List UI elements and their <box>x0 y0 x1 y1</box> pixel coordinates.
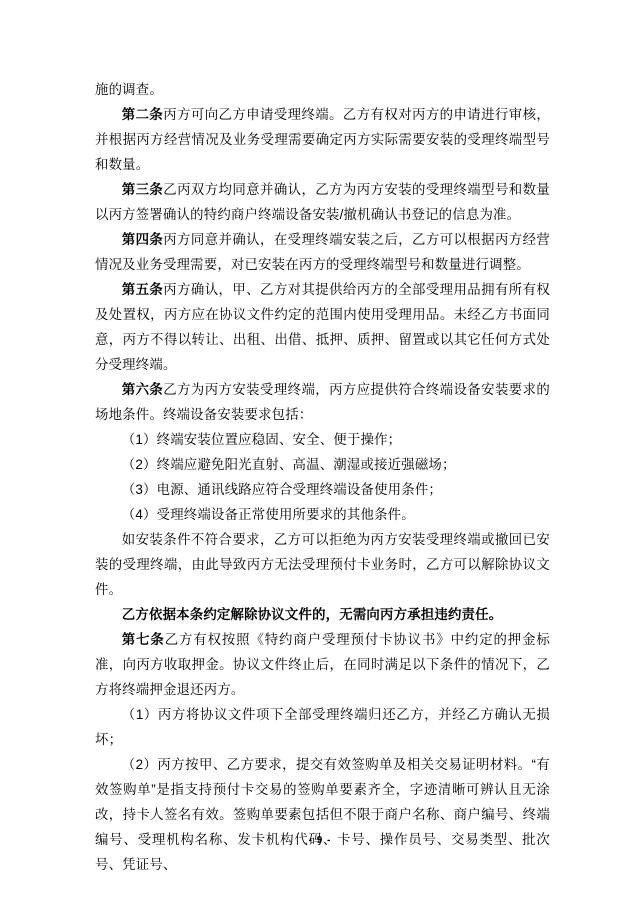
para-article-7: 第七条乙方有权按照《特约商户受理预付卡协议书》中约定的押金标准，向丙方收取押金。… <box>95 627 550 702</box>
para-text: 丙方可向乙方申请受理终端。乙方有权对丙方的申请进行审核，并根据丙方经营情况及业务… <box>95 107 550 172</box>
article-number: 第四条 <box>122 232 163 247</box>
para-continuation: 施的调查。 <box>95 77 550 102</box>
para-article-6: 第六条乙方为丙方安装受理终端，丙方应提供符合终端设备安装要求的场地条件。终端设备… <box>95 377 550 427</box>
article-number: 第五条 <box>122 282 163 297</box>
para-install-failure: 如安装条件不符合要求，乙方可以拒绝为丙方安装受理终端或撤回已安装的受理终端，由此… <box>95 527 550 602</box>
para-text: 乙方为丙方安装受理终端，丙方应提供符合终端设备安装要求的场地条件。终端设备安装要… <box>95 382 550 422</box>
list-item-install-requirement-1: （1）终端安装位置应稳固、安全、便于操作； <box>95 427 550 452</box>
para-text: （1）丙方将协议文件项下全部受理终端归还乙方，并经乙方确认无损坏； <box>95 707 550 747</box>
list-item-refund-condition-1: （1）丙方将协议文件项下全部受理终端归还乙方，并经乙方确认无损坏； <box>95 702 550 752</box>
article-number: 第七条 <box>122 632 165 647</box>
para-text: （4）受理终端设备正常使用所要求的其他条件。 <box>122 507 415 522</box>
document-page: 施的调查。 第二条丙方可向乙方申请受理终端。乙方有权对丙方的申请进行审核，并根据… <box>0 0 640 905</box>
para-text: 丙方确认，甲、乙方对其提供给丙方的全部受理用品拥有所有权及处置权，丙方应在协议文… <box>95 282 550 372</box>
para-text: （2）终端应避免阳光直射、高温、潮湿或接近强磁场； <box>122 457 456 472</box>
para-text: 乙丙双方均同意并确认，乙方为丙方安装的受理终端型号和数量以丙方签署确认的特约商户… <box>95 182 550 222</box>
para-text: （3）电源、通讯线路应符合受理终端设备使用条件； <box>122 482 442 497</box>
para-text: （2）丙方按甲、乙方要求，提交有效签购单及相关交易证明材料。“有效签购单”是指支… <box>95 757 550 872</box>
article-number: 第二条 <box>122 107 163 122</box>
para-liability-exemption: 乙方依据本条约定解除协议文件的，无需向丙方承担违约责任。 <box>95 602 550 627</box>
para-article-3: 第三条乙丙双方均同意并确认，乙方为丙方安装的受理终端型号和数量以丙方签署确认的特… <box>95 177 550 227</box>
para-text: 施的调查。 <box>95 82 163 97</box>
para-article-2: 第二条丙方可向乙方申请受理终端。乙方有权对丙方的申请进行审核，并根据丙方经营情况… <box>95 102 550 177</box>
para-text: 乙方依据本条约定解除协议文件的，无需向丙方承担违约责任。 <box>122 607 503 622</box>
para-text: 如安装条件不符合要求，乙方可以拒绝为丙方安装受理终端或撤回已安装的受理终端，由此… <box>95 532 550 597</box>
list-item-install-requirement-4: （4）受理终端设备正常使用所要求的其他条件。 <box>95 502 550 527</box>
para-text: 丙方同意并确认，在受理终端安装之后，乙方可以根据丙方经营情况及业务受理需要，对已… <box>95 232 550 272</box>
article-number: 第三条 <box>122 182 163 197</box>
para-article-5: 第五条丙方确认，甲、乙方对其提供给丙方的全部受理用品拥有所有权及处置权，丙方应在… <box>95 277 550 377</box>
para-article-4: 第四条丙方同意并确认，在受理终端安装之后，乙方可以根据丙方经营情况及业务受理需要… <box>95 227 550 277</box>
article-number: 第六条 <box>122 382 163 397</box>
document-body: 施的调查。 第二条丙方可向乙方申请受理终端。乙方有权对丙方的申请进行审核，并根据… <box>95 77 550 877</box>
list-item-install-requirement-3: （3）电源、通讯线路应符合受理终端设备使用条件； <box>95 477 550 502</box>
para-text: （1）终端安装位置应稳固、安全、便于操作； <box>122 432 401 447</box>
list-item-refund-condition-2: （2）丙方按甲、乙方要求，提交有效签购单及相关交易证明材料。“有效签购单”是指支… <box>95 752 550 877</box>
list-item-install-requirement-2: （2）终端应避免阳光直射、高温、潮湿或接近强磁场； <box>95 452 550 477</box>
page-number: - 9 - <box>0 835 640 846</box>
